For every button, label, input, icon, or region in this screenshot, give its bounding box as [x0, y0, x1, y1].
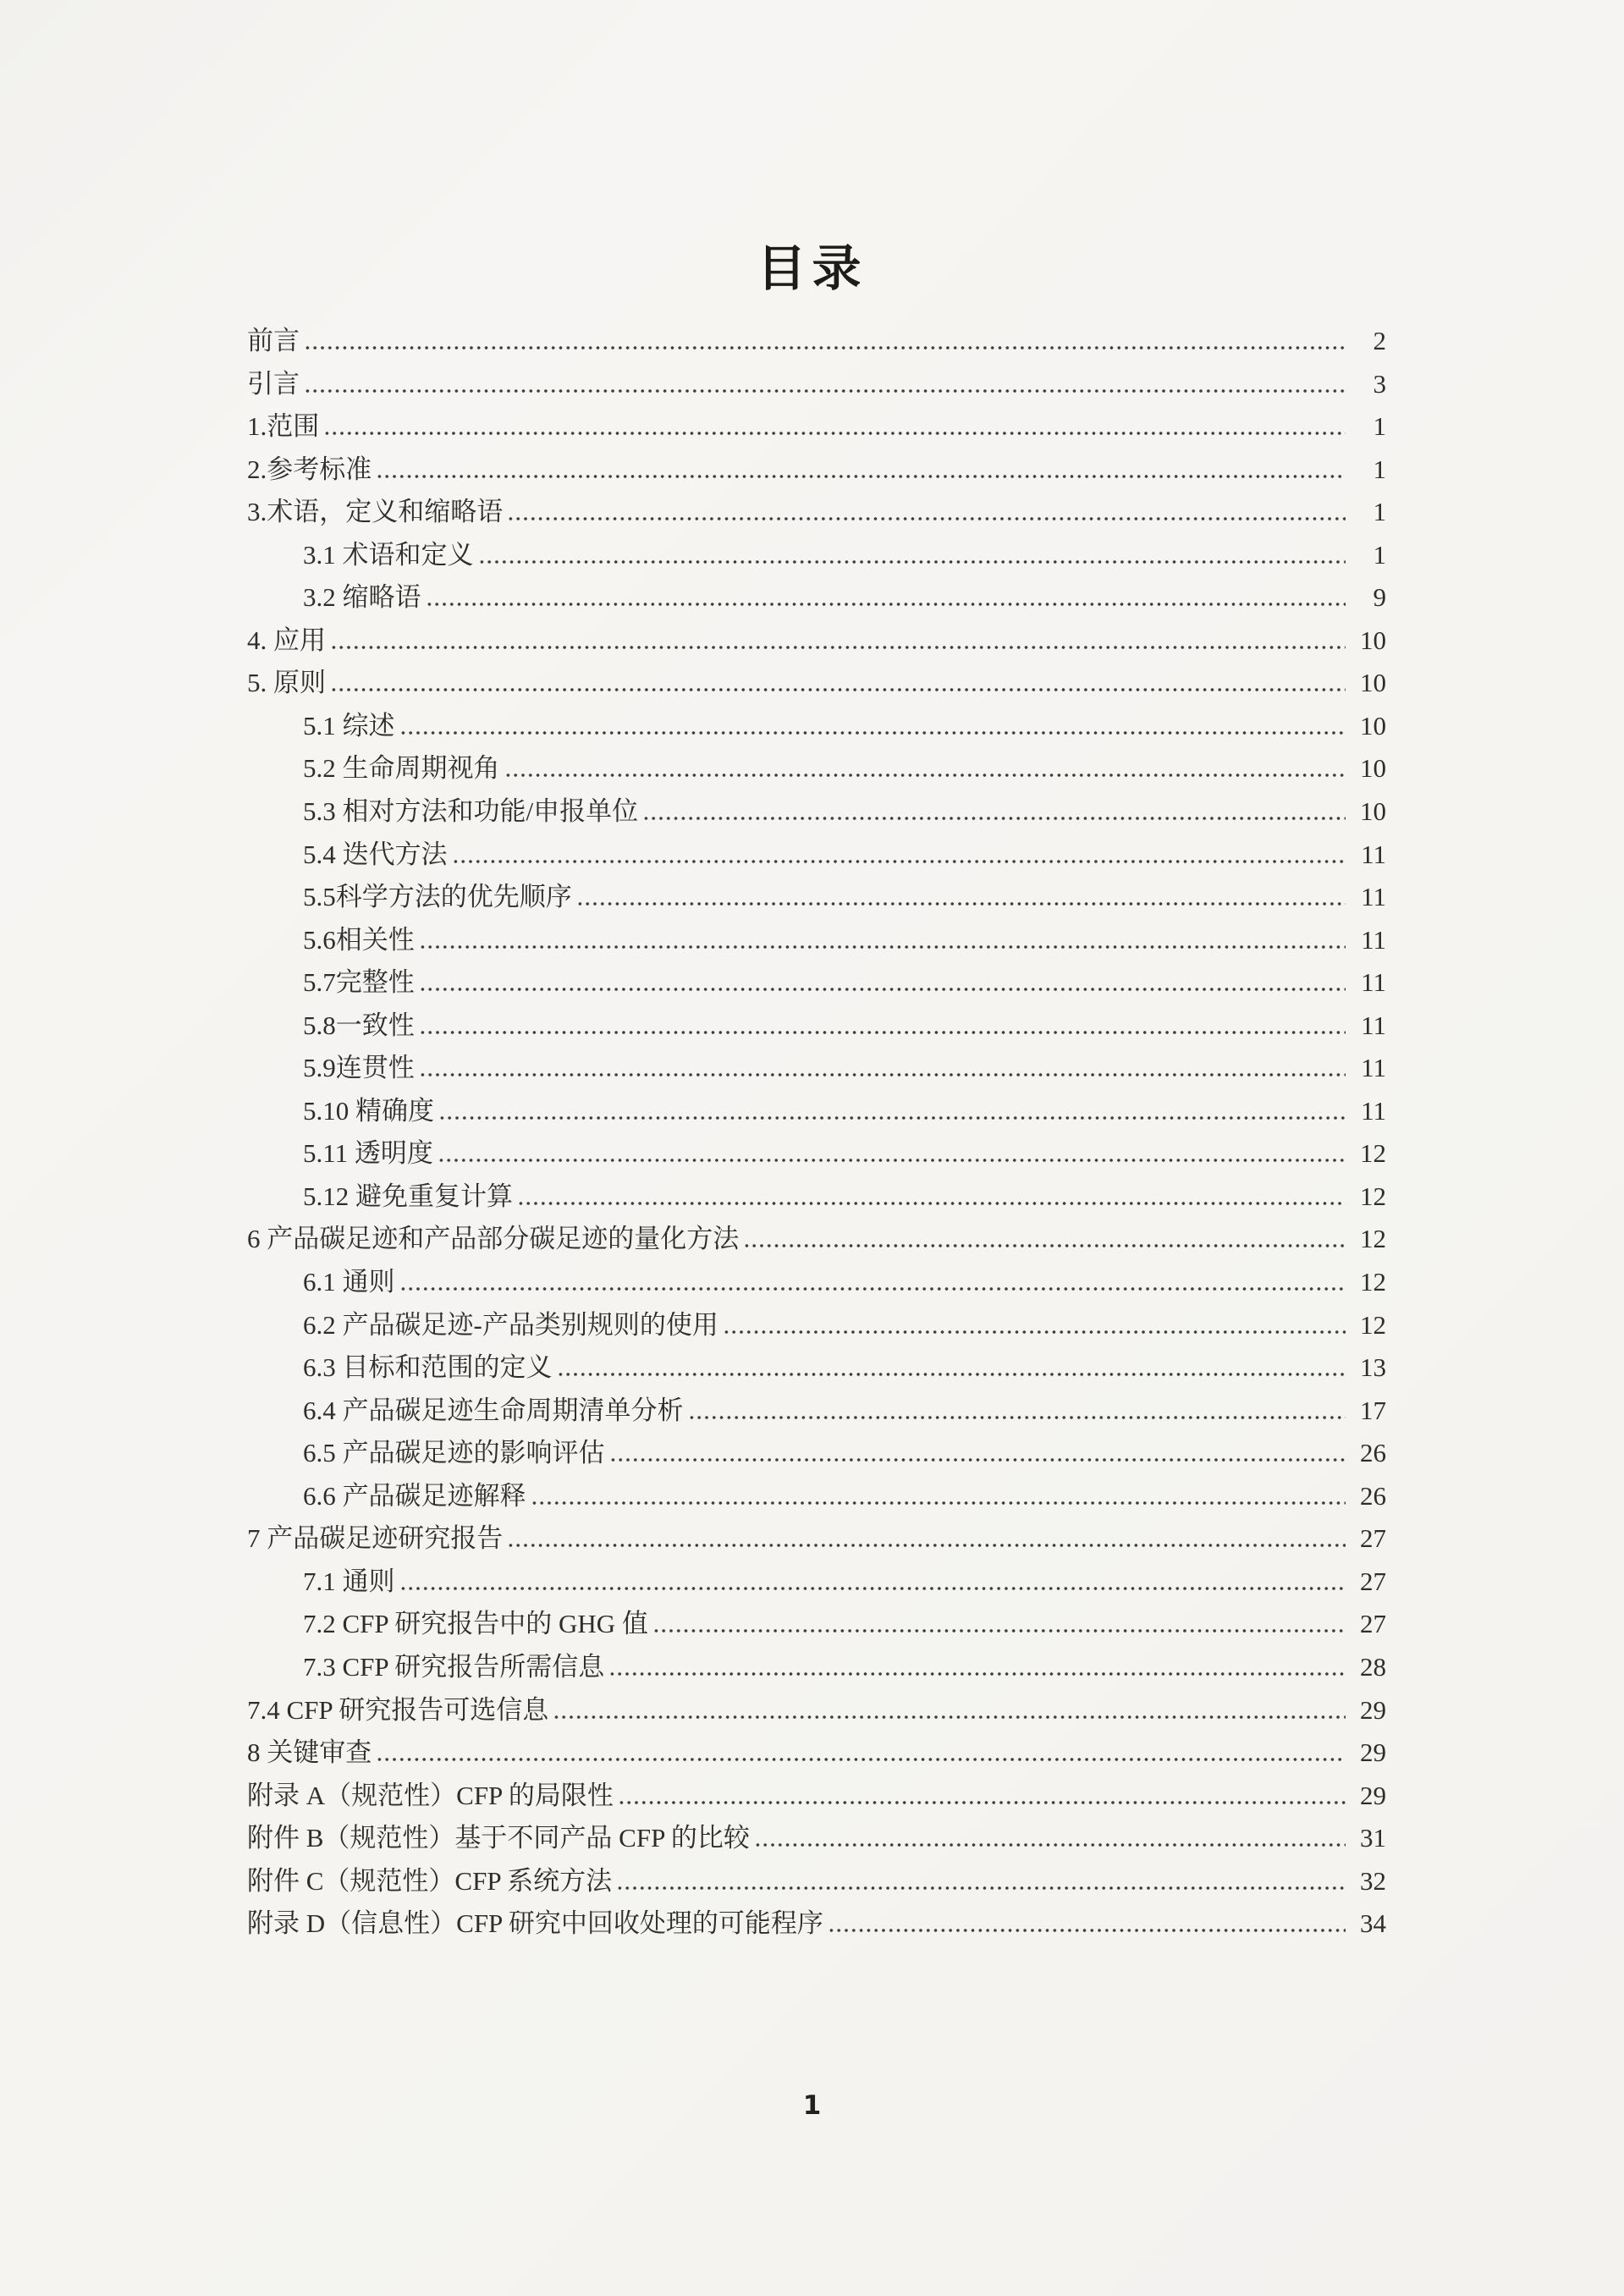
dotted-leader — [323, 432, 1346, 435]
toc-entry-page-number: 10 — [1349, 790, 1386, 834]
toc-entry-page-number: 12 — [1349, 1261, 1386, 1304]
toc-entry: 附录 D（信息性）CFP 研究中回收处理的可能程序 34 — [247, 1902, 1386, 1946]
toc-entry-label: 5.2 生命周期视角 — [303, 747, 500, 790]
toc-entry-page-number: 29 — [1349, 1732, 1386, 1775]
toc-entry-page-number: 1 — [1349, 534, 1386, 577]
toc-entry-page-number: 11 — [1349, 1047, 1386, 1090]
toc-entry-label: 6 产品碳足迹和产品部分碳足迹的量化方法 — [247, 1218, 739, 1261]
toc-entry-label: 6.1 通则 — [303, 1261, 395, 1304]
toc-entry-label: 附件 C（规范性）CFP 系统方法 — [247, 1860, 612, 1903]
toc-entry-label: 5.9连贯性 — [303, 1047, 415, 1090]
toc-entry: 7.2 CFP 研究报告中的 GHG 值 27 — [247, 1603, 1386, 1646]
toc-entry-label: 5.10 精确度 — [303, 1090, 434, 1133]
toc-entry-label: 6.5 产品碳足迹的影响评估 — [303, 1432, 605, 1475]
toc-entry: 5.7完整性 11 — [247, 961, 1386, 1005]
toc-entry-label: 7.3 CFP 研究报告所需信息 — [303, 1646, 604, 1689]
dotted-leader — [642, 817, 1346, 820]
toc-entry-label: 7.2 CFP 研究报告中的 GHG 值 — [303, 1603, 648, 1646]
toc-entry-page-number: 1 — [1349, 449, 1386, 492]
toc-entry-label: 引言 — [247, 363, 300, 406]
toc-entry-page-number: 1 — [1349, 491, 1386, 534]
toc-entry: 4. 应用 10 — [247, 619, 1386, 663]
toc-entry: 前言 2 — [247, 320, 1386, 363]
toc-entry-page-number: 17 — [1349, 1390, 1386, 1433]
toc-entry-label: 2.参考标准 — [247, 449, 372, 492]
toc-entry-label: 5.11 透明度 — [303, 1132, 433, 1176]
toc-entry: 5.11 透明度 12 — [247, 1132, 1386, 1176]
toc-entry-page-number: 26 — [1349, 1432, 1386, 1475]
toc-entry-label: 5.5科学方法的优先顺序 — [303, 876, 572, 919]
toc-entry: 6.3 目标和范围的定义 13 — [247, 1346, 1386, 1390]
dotted-leader — [608, 1672, 1346, 1676]
toc-entry-page-number: 12 — [1349, 1176, 1386, 1219]
page-number-footer: 1 — [0, 2090, 1624, 2121]
toc-entry-page-number: 28 — [1349, 1646, 1386, 1689]
toc-entry: 5.8一致性 11 — [247, 1005, 1386, 1048]
toc-entry-page-number: 11 — [1349, 919, 1386, 962]
dotted-leader — [507, 517, 1346, 520]
dotted-leader — [616, 1886, 1346, 1890]
toc-entry-page-number: 12 — [1349, 1304, 1386, 1347]
dotted-leader — [376, 1758, 1346, 1761]
toc-entry: 7.1 通则 27 — [247, 1561, 1386, 1604]
toc-entry-label: 7 产品碳足迹研究报告 — [247, 1517, 503, 1561]
toc-entry-label: 5.8一致性 — [303, 1005, 415, 1048]
dotted-leader — [743, 1244, 1346, 1247]
toc-entry-label: 附录 D（信息性）CFP 研究中回收处理的可能程序 — [247, 1902, 823, 1946]
toc-entry-page-number: 12 — [1349, 1132, 1386, 1176]
toc-entry-page-number: 27 — [1349, 1517, 1386, 1561]
toc-entry-page-number: 29 — [1349, 1775, 1386, 1818]
toc-entry-page-number: 27 — [1349, 1561, 1386, 1604]
dotted-leader — [478, 560, 1346, 564]
toc-entry-page-number: 11 — [1349, 834, 1386, 877]
dotted-leader — [419, 1031, 1346, 1034]
dotted-leader — [609, 1458, 1346, 1462]
toc-entry: 附件 C（规范性）CFP 系统方法 32 — [247, 1860, 1386, 1903]
toc-entry: 3.术语，定义和缩略语 1 — [247, 491, 1386, 534]
toc-entry: 5.4 迭代方法 11 — [247, 834, 1386, 877]
toc-entry-page-number: 11 — [1349, 961, 1386, 1005]
toc-entry-label: 6.6 产品碳足迹解释 — [303, 1475, 526, 1518]
toc-entry-page-number: 29 — [1349, 1689, 1386, 1732]
dotted-leader — [507, 1544, 1346, 1547]
toc-entry-label: 3.2 缩略语 — [303, 576, 421, 619]
toc-entry-page-number: 3 — [1349, 363, 1386, 406]
toc-entry-page-number: 32 — [1349, 1860, 1386, 1903]
toc-entry: 1.范围 1 — [247, 405, 1386, 449]
dotted-leader — [688, 1416, 1346, 1419]
toc-entry: 5.12 避免重复计算 12 — [247, 1176, 1386, 1219]
toc-entry: 6 产品碳足迹和产品部分碳足迹的量化方法 12 — [247, 1218, 1386, 1261]
toc-entry-label: 6.2 产品碳足迹-产品类别规则的使用 — [303, 1304, 718, 1347]
toc-entry-label: 6.3 目标和范围的定义 — [303, 1346, 553, 1390]
toc-entry-label: 7.1 通则 — [303, 1561, 395, 1604]
toc-entry: 6.2 产品碳足迹-产品类别规则的使用 12 — [247, 1304, 1386, 1347]
dotted-leader — [330, 688, 1346, 691]
toc-entry-label: 6.4 产品碳足迹生命周期清单分析 — [303, 1390, 684, 1433]
toc-entry-label: 5.4 迭代方法 — [303, 834, 448, 877]
toc-entry-page-number: 1 — [1349, 405, 1386, 449]
toc-entry-page-number: 11 — [1349, 1090, 1386, 1133]
dotted-leader — [754, 1843, 1346, 1847]
toc-entry: 引言 3 — [247, 363, 1386, 406]
toc-entry: 附录 A（规范性）CFP 的局限性 29 — [247, 1775, 1386, 1818]
toc-entry-label: 7.4 CFP 研究报告可选信息 — [247, 1689, 548, 1732]
dotted-leader — [304, 346, 1346, 350]
dotted-leader — [419, 988, 1346, 991]
toc-entry-page-number: 26 — [1349, 1475, 1386, 1518]
dotted-leader — [426, 603, 1346, 606]
toc-entry-label: 4. 应用 — [247, 619, 326, 663]
toc-entry: 7.3 CFP 研究报告所需信息 28 — [247, 1646, 1386, 1689]
toc-entry: 5.5科学方法的优先顺序 11 — [247, 876, 1386, 919]
toc-entry-page-number: 31 — [1349, 1817, 1386, 1860]
toc-entry-label: 3.1 术语和定义 — [303, 534, 474, 577]
toc-entry-page-number: 10 — [1349, 619, 1386, 663]
dotted-leader — [557, 1373, 1346, 1376]
dotted-leader — [399, 731, 1346, 735]
dotted-leader — [618, 1801, 1346, 1804]
dotted-leader — [419, 945, 1346, 949]
document-page: 目录 前言 2 引言 3 1.范围 1 2.参考标准 1 3.术语，定义和缩略语… — [0, 0, 1624, 2296]
dotted-leader — [652, 1629, 1346, 1633]
toc-entry-page-number: 9 — [1349, 576, 1386, 619]
toc-entry: 7 产品碳足迹研究报告 27 — [247, 1517, 1386, 1561]
toc-entry-label: 5.3 相对方法和功能/申报单位 — [303, 790, 638, 834]
toc-entry: 5.6相关性 11 — [247, 919, 1386, 962]
dotted-leader — [399, 1287, 1346, 1291]
toc-entry-label: 8 关键审查 — [247, 1732, 372, 1775]
toc-entry-label: 5.1 综述 — [303, 705, 395, 748]
toc-entry-label: 1.范围 — [247, 405, 319, 449]
toc-entry-label: 5. 原则 — [247, 662, 326, 705]
dotted-leader — [576, 902, 1346, 906]
dotted-leader — [438, 1159, 1346, 1162]
toc-entry-page-number: 10 — [1349, 662, 1386, 705]
dotted-leader — [330, 646, 1346, 649]
toc-entry-page-number: 2 — [1349, 320, 1386, 363]
toc-entry-page-number: 11 — [1349, 876, 1386, 919]
page-title: 目录 — [0, 0, 1624, 294]
toc-entry: 6.5 产品碳足迹的影响评估 26 — [247, 1432, 1386, 1475]
dotted-leader — [504, 774, 1346, 777]
dotted-leader — [419, 1073, 1346, 1076]
toc-entry: 5.1 综述 10 — [247, 705, 1386, 748]
toc-entry-label: 前言 — [247, 320, 300, 363]
dotted-leader — [304, 389, 1346, 393]
dotted-leader — [376, 475, 1346, 478]
dotted-leader — [531, 1501, 1346, 1505]
dotted-leader — [399, 1587, 1346, 1590]
toc-entry-label: 5.6相关性 — [303, 919, 415, 962]
toc-entry-label: 5.12 避免重复计算 — [303, 1176, 513, 1219]
dotted-leader — [553, 1715, 1346, 1719]
toc-entry: 5.3 相对方法和功能/申报单位 10 — [247, 790, 1386, 834]
toc-entry: 5. 原则 10 — [247, 662, 1386, 705]
toc-entry-page-number: 27 — [1349, 1603, 1386, 1646]
toc-entry: 5.10 精确度 11 — [247, 1090, 1386, 1133]
dotted-leader — [438, 1116, 1346, 1120]
dotted-leader — [517, 1202, 1346, 1205]
toc-entry: 3.2 缩略语 9 — [247, 576, 1386, 619]
toc-entry: 附件 B（规范性）基于不同产品 CFP 的比较 31 — [247, 1817, 1386, 1860]
toc-entry: 8 关键审查 29 — [247, 1732, 1386, 1775]
dotted-leader — [452, 860, 1346, 863]
toc-entry-page-number: 10 — [1349, 705, 1386, 748]
toc-entry-label: 附件 B（规范性）基于不同产品 CFP 的比较 — [247, 1817, 750, 1860]
toc-entry: 6.6 产品碳足迹解释 26 — [247, 1475, 1386, 1518]
toc-entry-page-number: 10 — [1349, 747, 1386, 790]
toc-entry: 7.4 CFP 研究报告可选信息 29 — [247, 1689, 1386, 1732]
dotted-leader — [828, 1929, 1346, 1932]
toc-entry-page-number: 34 — [1349, 1902, 1386, 1946]
table-of-contents: 前言 2 引言 3 1.范围 1 2.参考标准 1 3.术语，定义和缩略语 1 … — [0, 320, 1624, 1946]
toc-entry-page-number: 11 — [1349, 1005, 1386, 1048]
toc-entry-label: 附录 A（规范性）CFP 的局限性 — [247, 1775, 614, 1818]
toc-entry: 5.2 生命周期视角 10 — [247, 747, 1386, 790]
toc-entry: 3.1 术语和定义 1 — [247, 534, 1386, 577]
dotted-leader — [723, 1330, 1346, 1334]
toc-entry: 2.参考标准 1 — [247, 449, 1386, 492]
toc-entry: 6.4 产品碳足迹生命周期清单分析 17 — [247, 1390, 1386, 1433]
toc-entry-page-number: 12 — [1349, 1218, 1386, 1261]
toc-entry: 6.1 通则 12 — [247, 1261, 1386, 1304]
toc-entry-label: 3.术语，定义和缩略语 — [247, 491, 503, 534]
toc-entry: 5.9连贯性 11 — [247, 1047, 1386, 1090]
toc-entry-label: 5.7完整性 — [303, 961, 415, 1005]
toc-entry-page-number: 13 — [1349, 1346, 1386, 1390]
